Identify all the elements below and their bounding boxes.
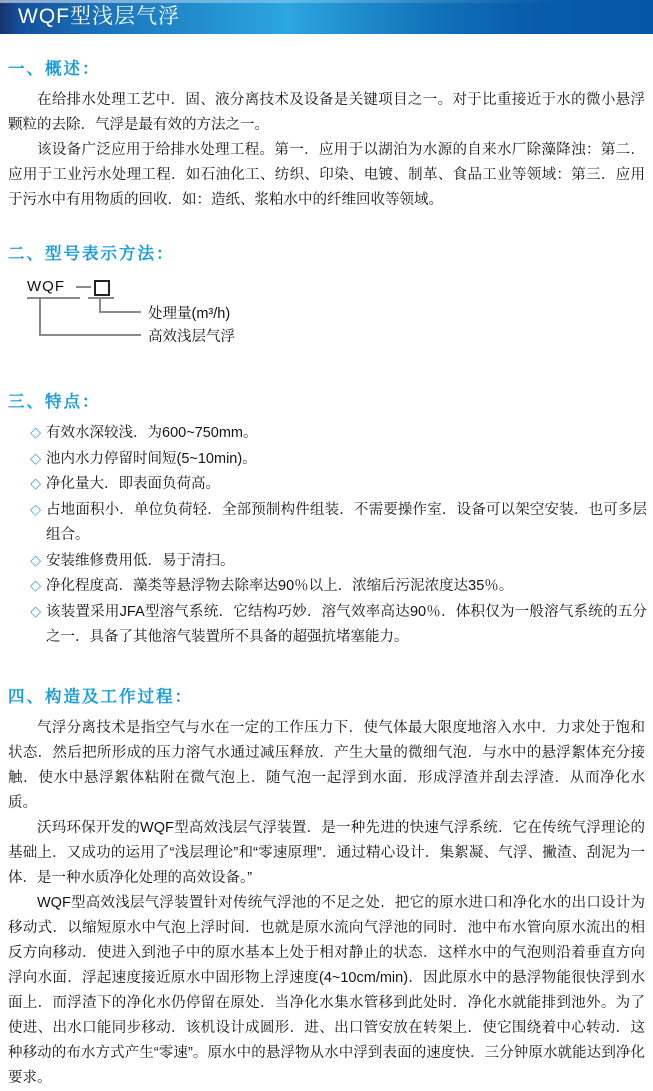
feature-text: 池内水力停留时间短(5~10min)。 [46, 451, 257, 467]
diamond-bullet-icon: ◇ [30, 447, 41, 473]
feature-text: 该装置采用JFA型溶气系统．它结构巧妙．溶气效率高达90％．体积仅为一般溶气系统… [46, 604, 647, 646]
model-placeholder-box [94, 280, 110, 296]
diamond-bullet-icon: ◇ [30, 498, 41, 524]
overview-paragraph: 在给排水处理工艺中．固、液分离技术及设备是关键项目之一。对于比重接近于水的微小悬… [8, 88, 645, 138]
process-paragraphs: 气浮分离技术是指空气与水在一定的工作压力下．使气体最大限度地溶入水中．力求处于饱… [6, 716, 647, 1091]
section-model-heading: 二、型号表示方法： [8, 240, 647, 264]
feature-text: 净化量大．即表面负荷高。 [46, 476, 220, 492]
feature-item: ◇ 该装置采用JFA型溶气系统．它结构巧妙．溶气效率高达90％．体积仅为一般溶气… [6, 600, 647, 651]
diamond-bullet-icon: ◇ [30, 574, 41, 600]
diamond-bullet-icon: ◇ [30, 600, 41, 626]
diamond-bullet-icon: ◇ [30, 472, 41, 498]
section-model-designation: 二、型号表示方法： WQF — 处理量(m³/h) 高效浅层气浮 [6, 240, 647, 362]
section-features-heading: 三、特点： [8, 388, 647, 412]
page-title: WQF型浅层气浮 [0, 0, 653, 34]
document-page: WQF型浅层气浮 一、概述： 在给排水处理工艺中．固、液分离技术及设备是关键项目… [0, 0, 653, 1091]
section-overview-heading: 一、概述： [8, 55, 647, 79]
page-header: WQF型浅层气浮 [0, 0, 653, 34]
connector-line-capacity-vertical [99, 297, 101, 312]
feature-text: 占地面积小．单位负荷轻．全部预制构件组装．不需要操作室．设备可以架空安装．也可多… [46, 502, 647, 544]
label-product-name: 高效浅层气浮 [148, 325, 235, 346]
feature-text: 有效水深较浅．为600~750mm。 [46, 425, 258, 441]
section-process: 四、构造及工作过程： 气浮分离技术是指空气与水在一定的工作压力下．使气体最大限度… [6, 683, 647, 1091]
label-capacity: 处理量(m³/h) [148, 302, 230, 323]
diamond-bullet-icon: ◇ [30, 549, 41, 575]
process-paragraph: 沃玛环保开发的WQF型高效浅层气浮装置．是一种先进的快速气浮系统．它在传统气浮理… [8, 816, 645, 891]
underline-placeholder-box [88, 297, 114, 299]
section-process-heading: 四、构造及工作过程： [8, 683, 647, 707]
connector-line-name-horizontal [39, 334, 141, 336]
feature-item: ◇ 净化程度高．藻类等悬浮物去除率达90％以上．浓缩后污泥浓度达35％。 [6, 574, 647, 600]
model-designation-diagram: WQF — 处理量(m³/h) 高效浅层气浮 [27, 278, 647, 362]
feature-item: ◇ 净化量大．即表面负荷高。 [6, 472, 647, 498]
connector-line-name-vertical [39, 297, 41, 335]
feature-text: 安装维修费用低．易于清扫。 [46, 553, 235, 569]
underline-model-code [27, 297, 80, 299]
connector-line-capacity-horizontal [99, 311, 141, 313]
model-code-text: WQF [27, 278, 65, 295]
feature-text: 净化程度高．藻类等悬浮物去除率达90％以上．浓缩后污泥浓度达35％。 [46, 578, 513, 594]
section-features: 三、特点： ◇ 有效水深较浅．为600~750mm。 ◇ 池内水力停留时间短(5… [6, 388, 647, 651]
feature-item: ◇ 占地面积小．单位负荷轻．全部预制构件组装．不需要操作室．设备可以架空安装．也… [6, 498, 647, 549]
feature-item: ◇ 池内水力停留时间短(5~10min)。 [6, 447, 647, 473]
diamond-bullet-icon: ◇ [30, 421, 41, 447]
process-paragraph: 气浮分离技术是指空气与水在一定的工作压力下．使气体最大限度地溶入水中．力求处于饱… [8, 716, 645, 816]
model-dash: — [76, 278, 91, 295]
features-list: ◇ 有效水深较浅．为600~750mm。 ◇ 池内水力停留时间短(5~10min… [6, 421, 647, 651]
feature-item: ◇ 有效水深较浅．为600~750mm。 [6, 421, 647, 447]
process-paragraph: WQF型高效浅层气浮装置针对传统气浮池的不足之处．把它的原水进口和净化水的出口设… [8, 891, 645, 1091]
section-overview: 一、概述： 在给排水处理工艺中．固、液分离技术及设备是关键项目之一。对于比重接近… [6, 55, 647, 213]
overview-paragraph: 该设备广泛应用于给排水处理工程。第一．应用于以湖泊为水源的自来水厂除藻降浊：第二… [8, 138, 645, 213]
feature-item: ◇ 安装维修费用低．易于清扫。 [6, 549, 647, 575]
